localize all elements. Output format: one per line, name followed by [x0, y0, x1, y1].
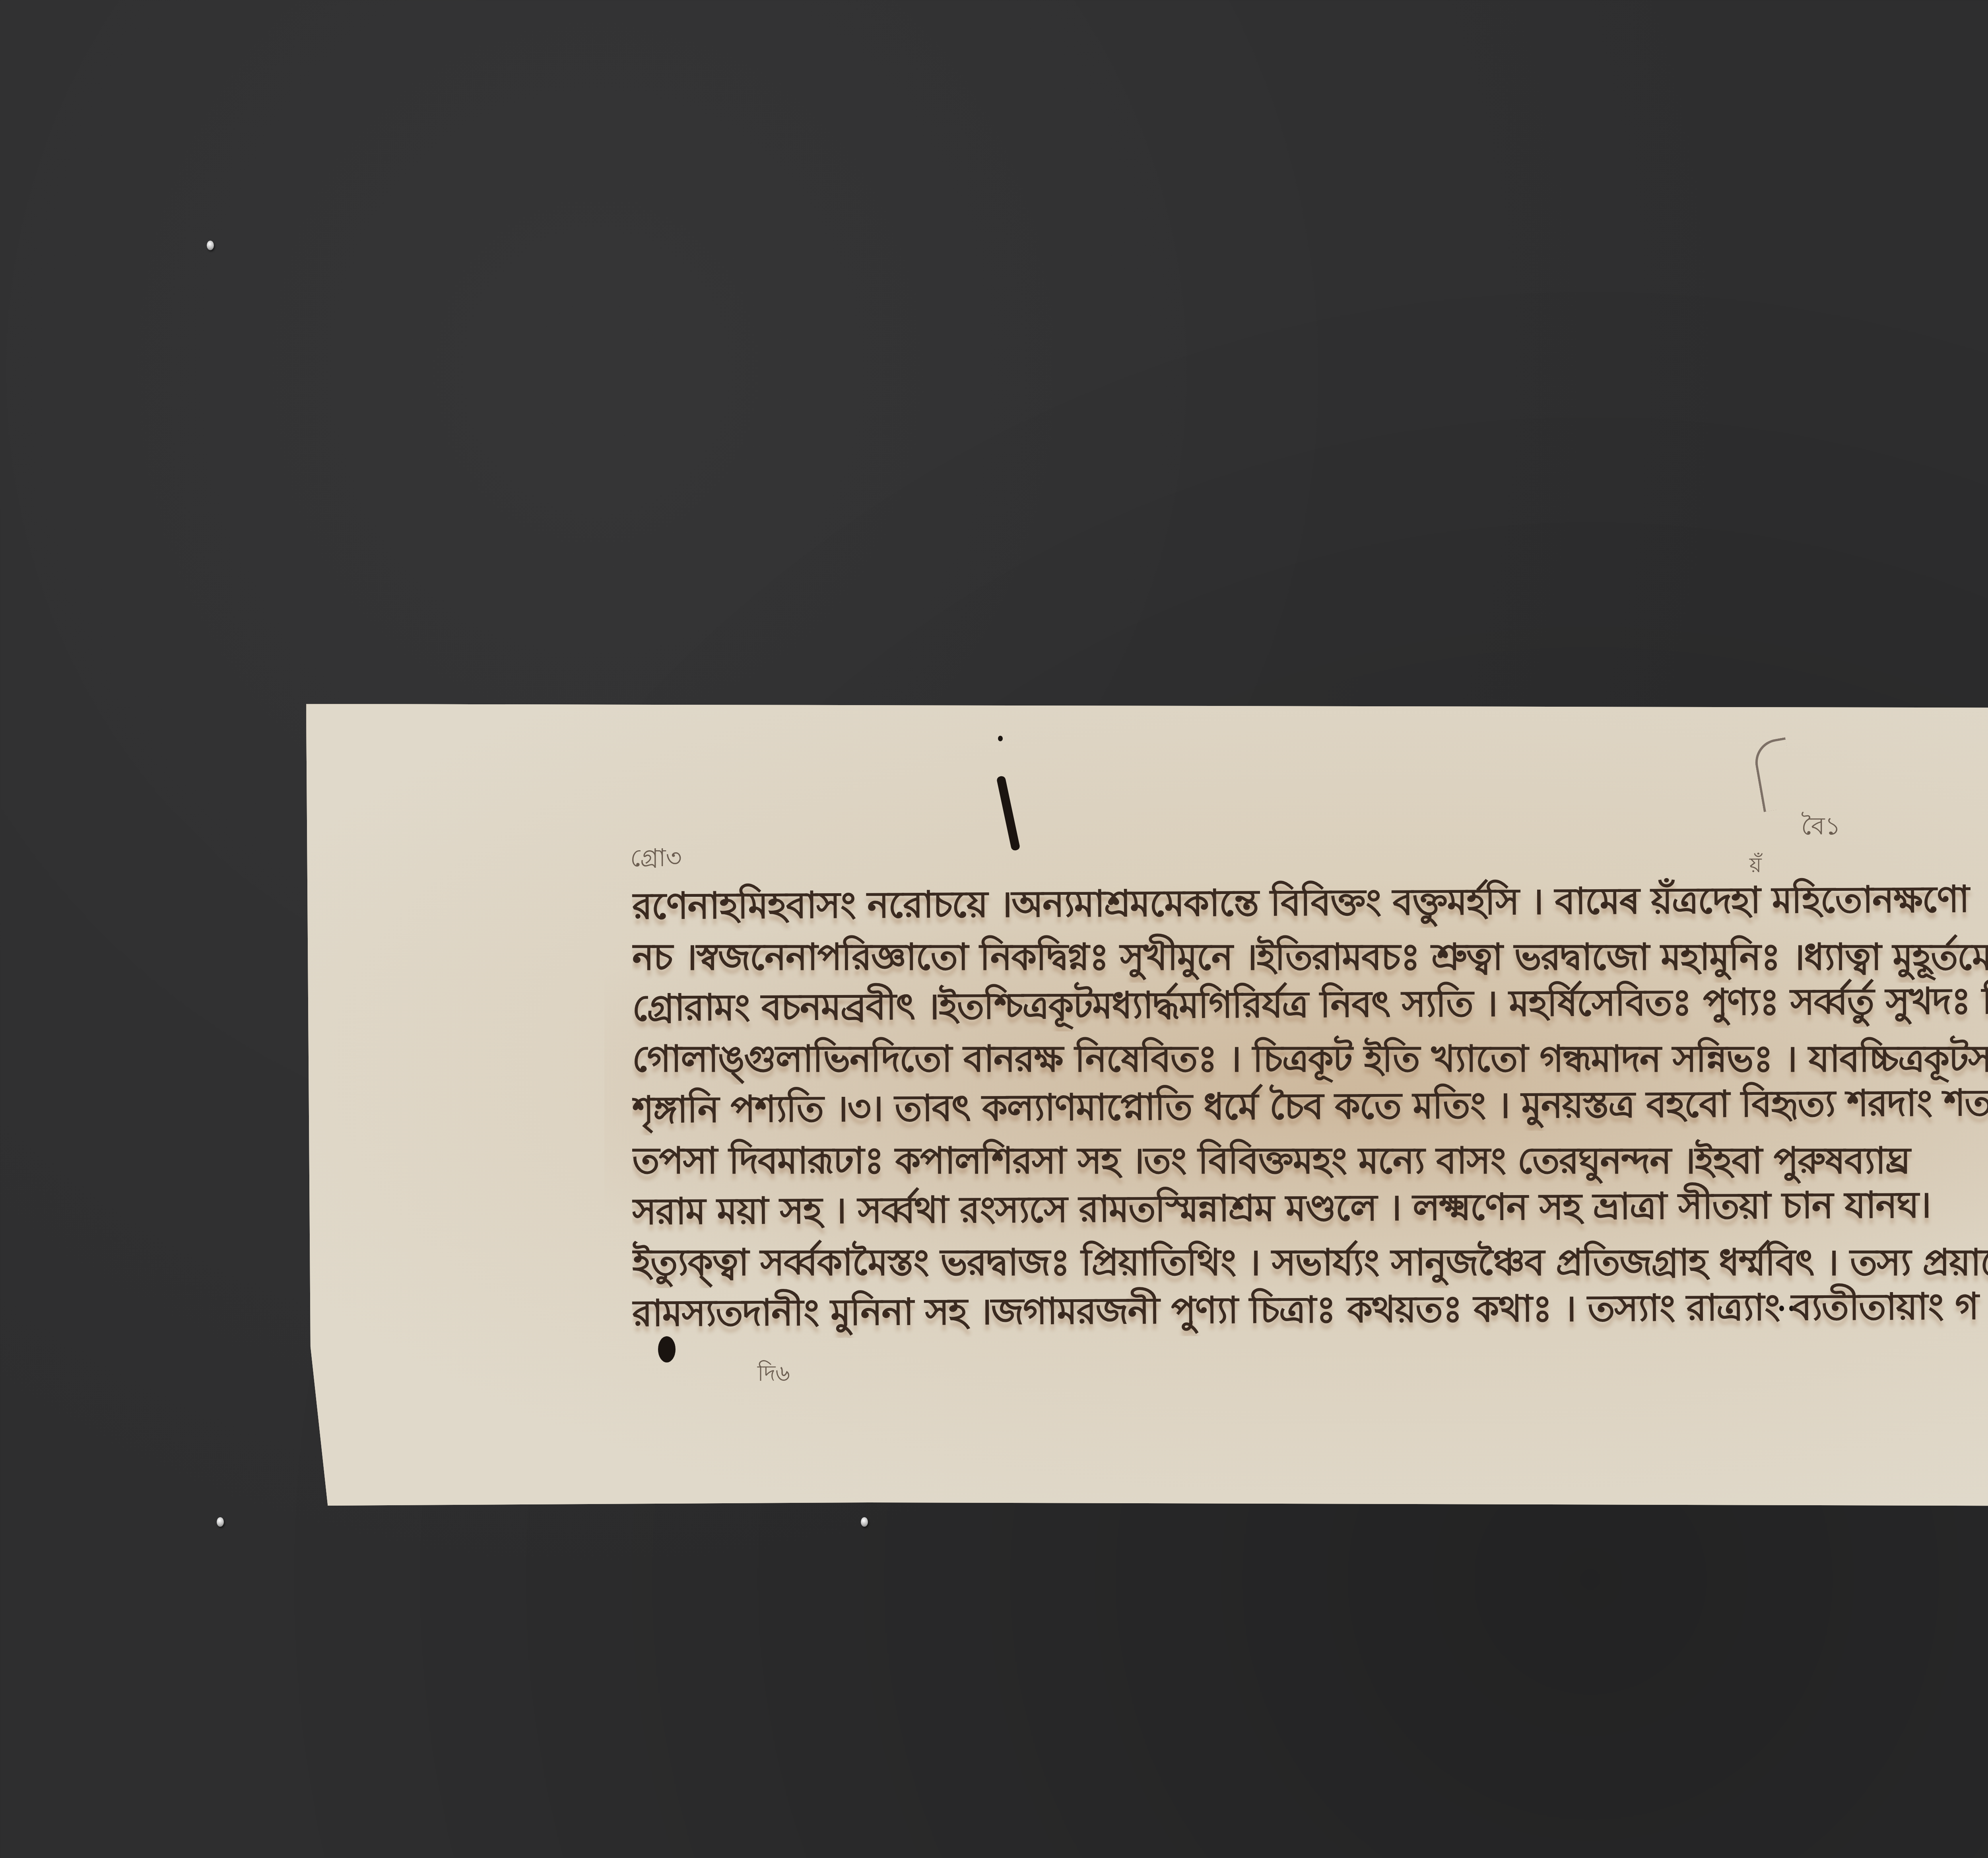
- mounting-pin: [217, 1517, 224, 1527]
- folio-label-top-left: গ্রো৩: [630, 839, 682, 880]
- manuscript-text: রণেনাহমিহবাসং নরোচয়ে ।অন্যমাশ্রমমেকান্ত…: [632, 881, 1988, 1339]
- text-line-9: রামস্যতদানীং মুনিনা সহ ।জগামরজনী পুণ্যা …: [632, 1280, 1988, 1339]
- folio-label-bottom-left: দি৬: [757, 1356, 790, 1393]
- text-line-7: সরাম ময়া সহ । সর্ব্বথা রংস্যসে রামতস্মি…: [632, 1178, 1988, 1237]
- mounting-pin: [861, 1517, 868, 1527]
- ink-dot: [998, 736, 1003, 741]
- text-line-2: নচ ।স্বজনেনাপরিজ্ঞাতো নিকদ্বিগ্নঃ সুখীমু…: [632, 932, 1988, 983]
- text-line-4: গোলাঙ্গুলাভিনদিতো বানরক্ষ নিষেবিতঃ । চিত…: [632, 1034, 1988, 1084]
- text-line-6: তপসা দিবমারূঢাঃ কপালশিরসা সহ ।তং বিবিক্ত…: [632, 1135, 1988, 1186]
- text-line-8: ইত্যুক্ত্বা সর্ব্বকামৈস্তং ভরদ্বাজঃ প্রি…: [632, 1237, 1988, 1288]
- text-line-5: শৃঙ্গানি পশ্যতি ।৩। তাবৎ কল্যাণমাপ্নোতি …: [632, 1076, 1988, 1135]
- ink-blot: [658, 1336, 676, 1362]
- text-line-3: গ্রোরামং বচনমব্রবীৎ ।ইতশ্চিত্রকূটমধ্যাৰ্…: [632, 974, 1988, 1034]
- folio-label-top-right: বৈ১: [1801, 807, 1841, 848]
- mounting-pin: [207, 241, 214, 250]
- text-line-1: রণেনাহমিহবাসং নরোচয়ে ।অন্যমাশ্রমমেকান্ত…: [632, 873, 1988, 932]
